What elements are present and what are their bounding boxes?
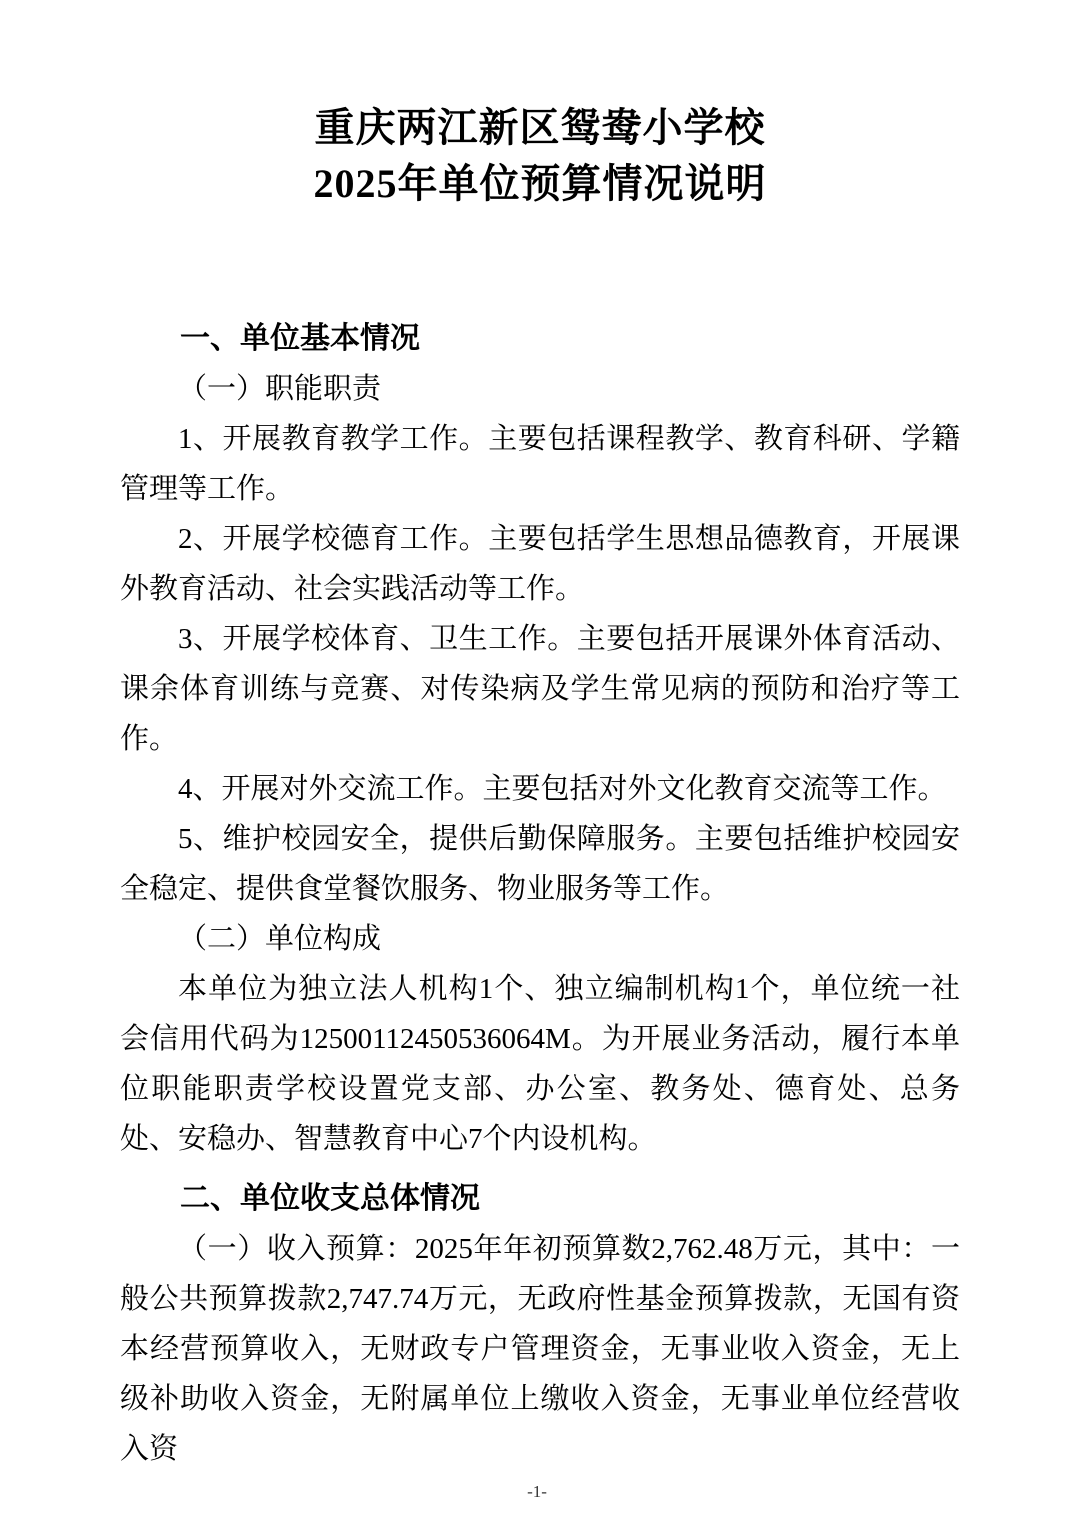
paragraph-duty-2: 2、开展学校德育工作。主要包括学生思想品德教育，开展课外教育活动、社会实践活动等… [120,514,960,614]
section-unit-basic-info-heading: 一、单位基本情况 [120,314,960,364]
page-number: -1- [527,1482,547,1501]
subsection-duties-heading: （一）职能职责 [120,364,960,414]
paragraph-duty-5: 5、维护校园安全，提供后勤保障服务。主要包括维护校园安全稳定、提供食堂餐饮服务、… [120,814,960,914]
paragraph-duty-1: 1、开展教育教学工作。主要包括课程教学、教育科研、学籍管理等工作。 [120,414,960,514]
document-title-line1: 重庆两江新区鸳鸯小学校 [120,100,960,156]
document-title-line2: 2025年单位预算情况说明 [120,156,960,212]
subsection-composition-heading: （二）单位构成 [120,914,960,964]
page-footer: -1- [0,1482,1074,1502]
paragraph-duty-3: 3、开展学校体育、卫生工作。主要包括开展课外体育活动、课余体育训练与竞赛、对传染… [120,614,960,764]
document-title: 重庆两江新区鸳鸯小学校 2025年单位预算情况说明 [120,100,960,212]
document-page: 重庆两江新区鸳鸯小学校 2025年单位预算情况说明 一、单位基本情况 （一）职能… [0,0,1074,1520]
paragraph-composition: 本单位为独立法人机构1个、独立编制机构1个，单位统一社会信用代码为1250011… [120,964,960,1164]
section-revenue-expenditure-heading: 二、单位收支总体情况 [120,1174,960,1224]
paragraph-revenue-budget: （一）收入预算：2025年年初预算数2,762.48万元，其中：一般公共预算拨款… [120,1224,960,1474]
paragraph-duty-4: 4、开展对外交流工作。主要包括对外文化教育交流等工作。 [120,764,960,814]
document-content: 重庆两江新区鸳鸯小学校 2025年单位预算情况说明 一、单位基本情况 （一）职能… [120,0,960,1474]
